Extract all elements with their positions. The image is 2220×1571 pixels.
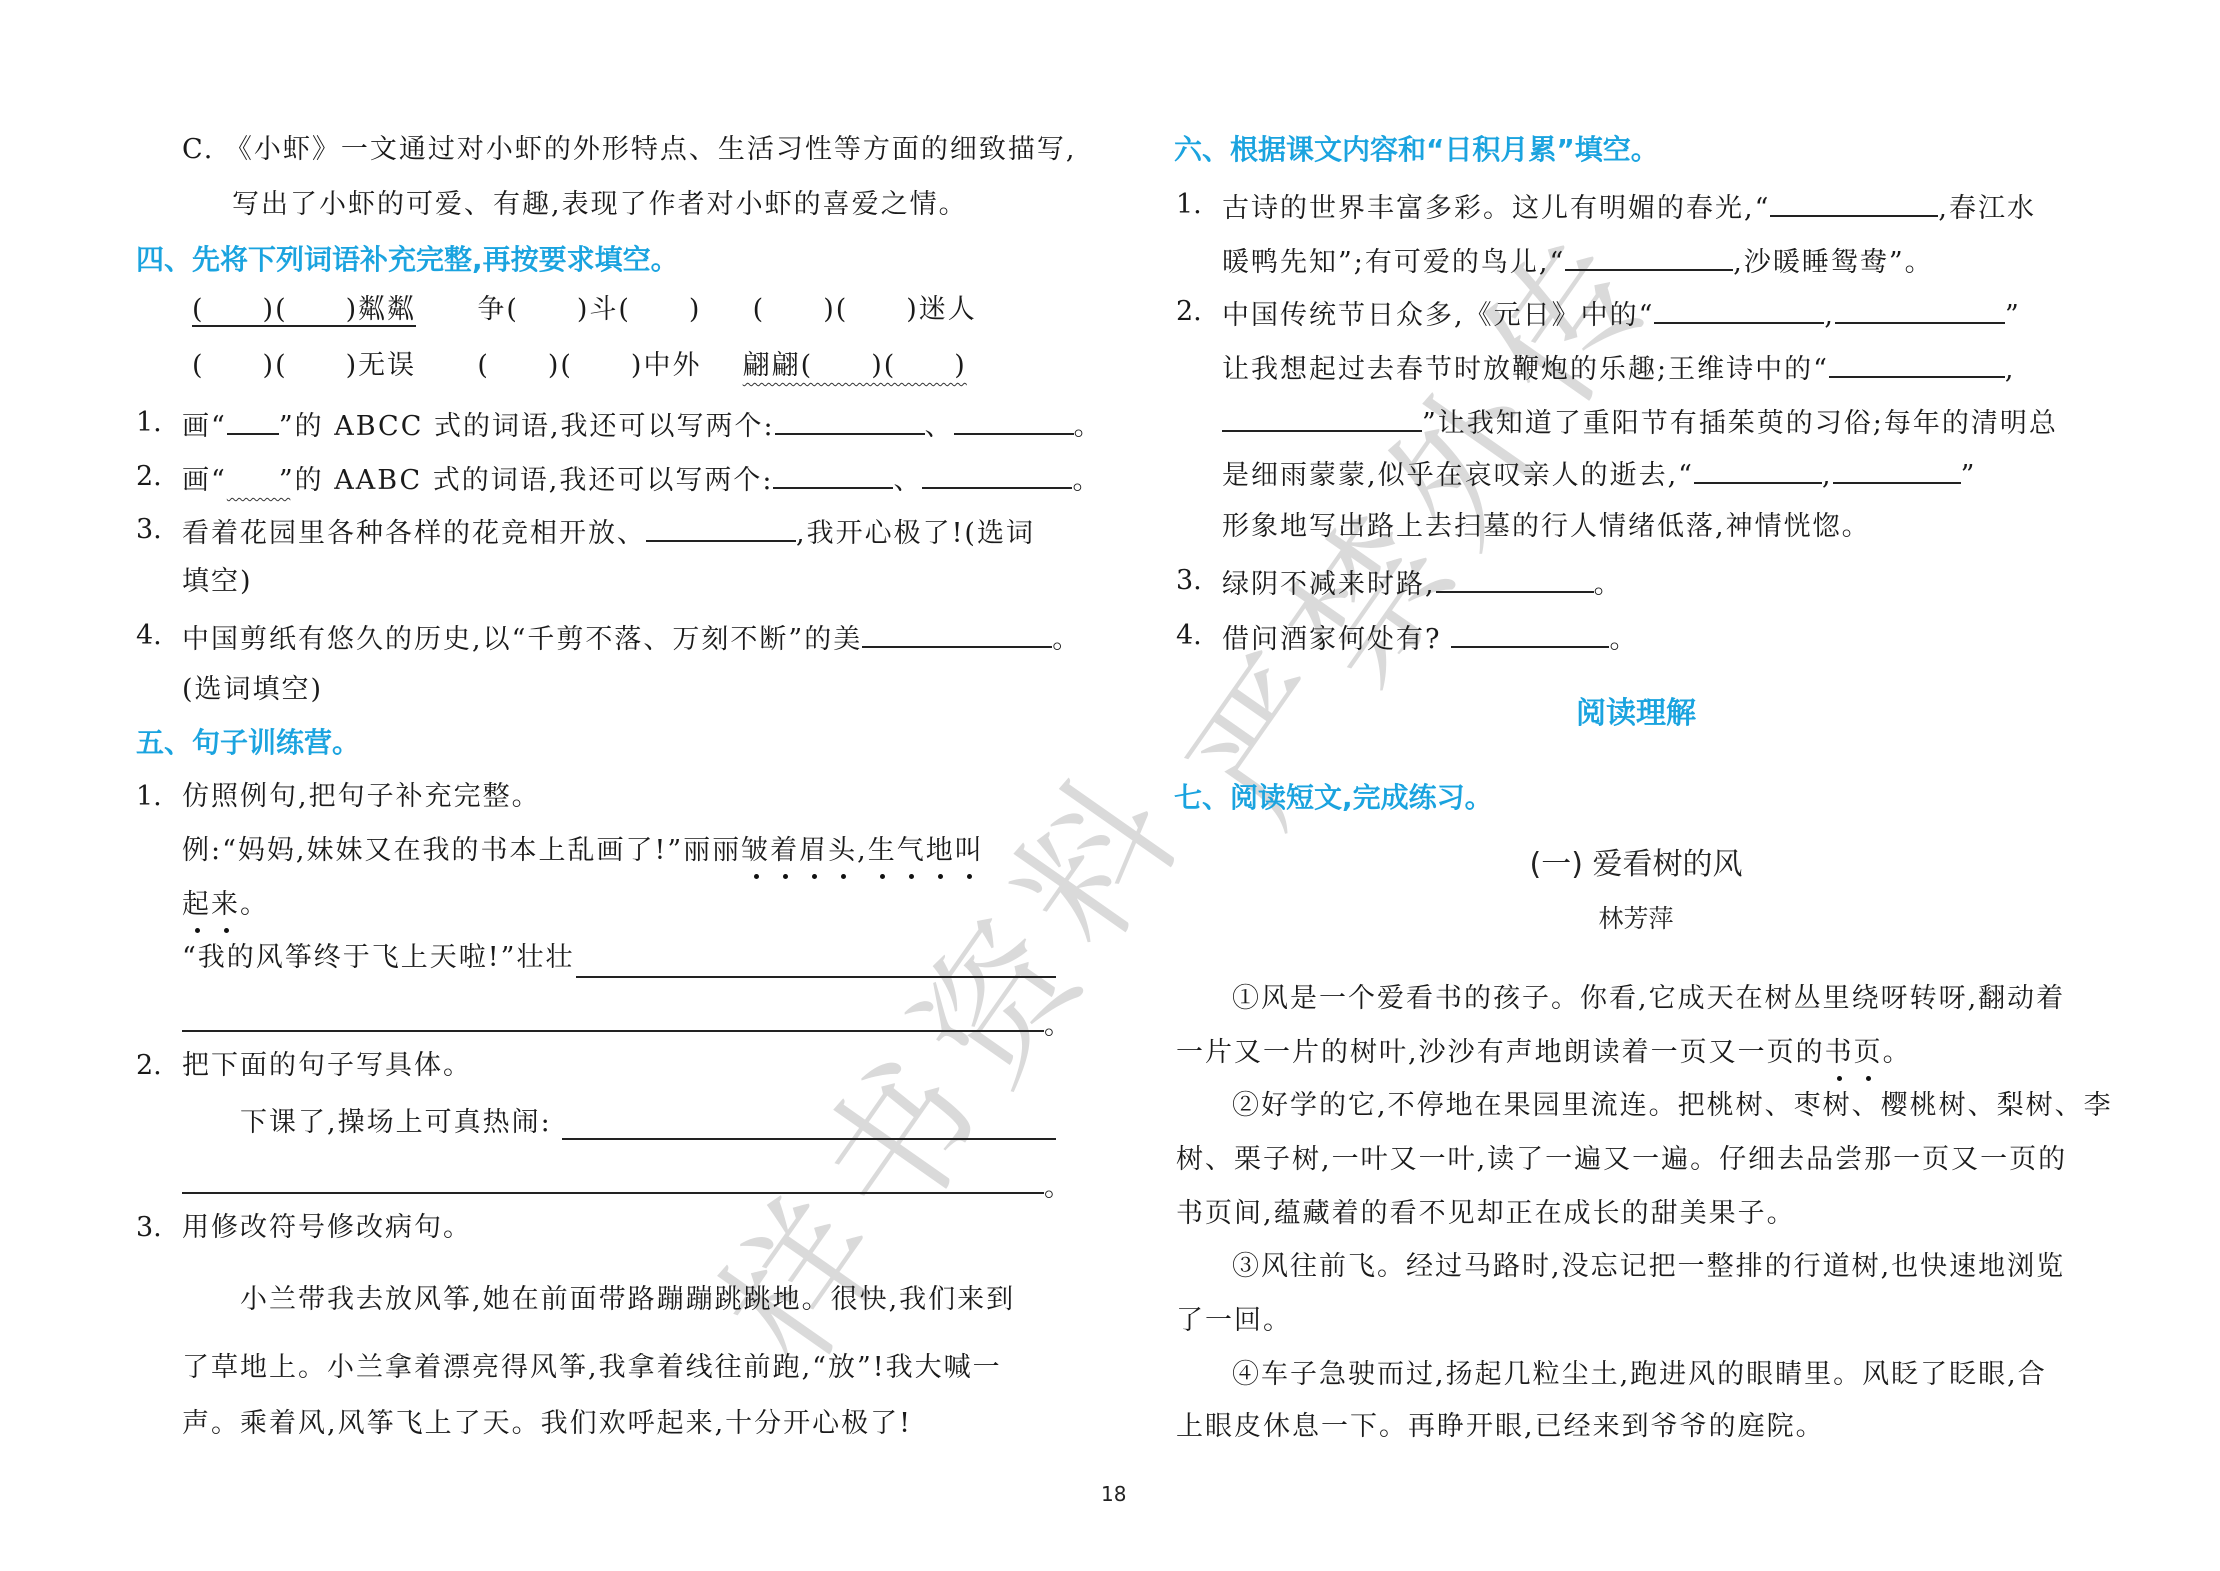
q-text: 。: [240, 889, 269, 920]
q-text: 中国传统节日众多,《元日》中的“: [1222, 300, 1654, 331]
emphasis-char: 头: [828, 833, 857, 869]
q-text: 。: [1072, 465, 1101, 496]
s6-q4-number: 4.: [1176, 618, 1202, 654]
q-text: 古诗的世界丰富多彩。这儿有明媚的春光,“: [1222, 193, 1770, 224]
answer-blank[interactable]: [1770, 187, 1938, 217]
q-text: ,: [2005, 354, 2016, 385]
answer-line[interactable]: [562, 1138, 1056, 1140]
s6-q2-line1: 中国传统节日众多,《元日》中的“,”: [1222, 294, 2021, 334]
emphasis-char: 眉: [799, 833, 828, 869]
s6-q4: 借问酒家何处有?。: [1222, 618, 1638, 658]
paragraph-3-line1: ③风往前飞。经过马路时,没忘记把一整排的行道树,也快速地浏览: [1232, 1249, 2065, 1285]
q-text: 一片又一片的树叶,沙沙有声地朗读着一页又一页的: [1176, 1037, 1825, 1068]
s5-q1-number: 1.: [136, 779, 162, 815]
line-end-period: 。: [1044, 1008, 1073, 1044]
s5-q1-prompt: 仿照例句,把句子补充完整。: [182, 779, 541, 815]
s4-q3: 看着花园里各种各样的花竞相开放、,我开心极了!(选词: [182, 512, 1035, 552]
dotted-phrase: 生气地叫: [868, 835, 984, 866]
dotted-phrase: 皱着眉头: [741, 835, 857, 866]
q-text: 让我想起过去春节时放鞭炮的乐趣;王维诗中的“: [1222, 354, 1829, 385]
answer-blank[interactable]: [862, 618, 1052, 648]
q-text: 绿阴不减来时路,: [1222, 569, 1436, 600]
answer-blank[interactable]: [1829, 348, 2005, 378]
s4-q4: 中国剪纸有悠久的历史,以“千剪不落、万刻不断”的美。: [182, 618, 1081, 658]
answer-blank[interactable]: [1222, 402, 1422, 432]
q-text: ”的 ABCC 式的词语,我还可以写两个:: [279, 411, 775, 442]
paragraph-1-line2: 一片又一片的树叶,沙沙有声地朗读着一页又一页的书页。: [1176, 1035, 1912, 1071]
section5-heading: 五、句子训练营。: [136, 725, 360, 761]
s4-q4-cont: (选词填空): [182, 672, 323, 708]
emphasis-char: 着: [770, 833, 799, 869]
word-item: ( )( )迷人: [753, 294, 977, 325]
q-text: 、: [893, 465, 922, 496]
s5-q2-prompt: 把下面的句子写具体。: [182, 1048, 472, 1084]
q-text: 。: [1052, 624, 1081, 655]
word-item: ( )( )中外: [477, 350, 701, 381]
s5-q1-task: “我的风筝终于飞上天啦!”壮壮: [182, 940, 574, 976]
q-text: ,: [857, 835, 868, 866]
q-text: 看着花园里各种各样的花竞相开放、: [182, 518, 646, 549]
q-text: 。: [1609, 624, 1638, 655]
s5-q3-para-line3: 声。乘着风,风筝飞上了天。我们欢呼起来,十分开心极了!: [182, 1406, 912, 1442]
dotted-phrase: 书页: [1825, 1037, 1883, 1068]
q-text: 暖鸭先知”;有可爱的鸟儿,“: [1222, 247, 1565, 278]
article-title: (一) 爱看树的风: [1176, 845, 2096, 885]
article-author: 林芳萍: [1176, 902, 2096, 936]
answer-blank[interactable]: [773, 459, 893, 489]
answer-blank[interactable]: [1694, 454, 1822, 484]
s4-q2-number: 2.: [136, 459, 162, 495]
s6-q3-number: 3.: [1176, 563, 1202, 599]
s6-q2-line3: ”让我知道了重阳节有插茱萸的习俗;每年的清明总: [1222, 402, 2058, 442]
page-number: 18: [1101, 1482, 1126, 1506]
emphasis-char: 起: [182, 887, 211, 923]
answer-line[interactable]: [182, 1030, 1044, 1032]
option-c-line1: C. 《小虾》一文通过对小虾的外形特点、生活习性等方面的细致描写,: [182, 132, 1076, 168]
q-text: ”的 AABC 式的词语,我还可以写两个:: [279, 465, 774, 496]
paragraph-3-line2: 了一回。: [1176, 1303, 1292, 1339]
s5-q2-task: 下课了,操场上可真热闹:: [240, 1105, 552, 1141]
answer-line[interactable]: [576, 976, 1056, 978]
s4-q1-number: 1.: [136, 405, 162, 441]
emphasis-char: 叫: [955, 833, 984, 869]
paragraph-2-line3: 书页间,蕴藏着的看不见却正在成长的甜美果子。: [1176, 1196, 1796, 1232]
answer-blank[interactable]: [646, 512, 796, 542]
emphasis-char: 气: [897, 833, 926, 869]
s5-q3-para-line2: 了草地上。小兰拿着漂亮得风筝,我拿着线往前跑,“放”!我大喊一: [182, 1350, 1002, 1386]
s5-q1-example: 例:“妈妈,妹妹又在我的书本上乱画了!”丽丽皱着眉头,生气地叫: [182, 833, 984, 869]
q-text: ”让我知道了重阳节有插茱萸的习俗;每年的清明总: [1422, 408, 2058, 439]
q-text: 。: [1594, 569, 1623, 600]
s4-q3-number: 3.: [136, 512, 162, 548]
word-item: ( )( )无误: [192, 350, 416, 381]
emphasis-char: 书: [1825, 1035, 1854, 1071]
paragraph-2-line2: 树、栗子树,一叶又一叶,读了一遍又一遍。仔细去品尝那一页又一页的: [1176, 1142, 2067, 1178]
answer-blank[interactable]: [1833, 454, 1961, 484]
answer-blank[interactable]: [1654, 294, 1824, 324]
mark-sample-straight: [227, 405, 279, 435]
q-text: ,: [1824, 300, 1835, 331]
s6-q2-line4: 是细雨蒙蒙,似乎在哀叹亲人的逝去,“,”: [1222, 454, 1976, 494]
q-text: 。: [1074, 411, 1103, 442]
section7-heading: 七、阅读短文,完成练习。: [1174, 780, 1493, 816]
word-row-2: ( )( )无误 ( )( )中外 翩翩( )( ): [192, 348, 967, 384]
answer-blank[interactable]: [922, 459, 1072, 489]
section6-heading: 六、根据课文内容和“日积月累”填空。: [1174, 132, 1659, 168]
s6-q3: 绿阴不减来时路,。: [1222, 563, 1623, 603]
paragraph-4-line2: 上眼皮休息一下。再睁开眼,已经来到爷爷的庭院。: [1176, 1409, 1825, 1445]
q-text: 中国剪纸有悠久的历史,以“千剪不落、万刻不断”的美: [182, 624, 862, 655]
s5-q3-number: 3.: [136, 1210, 162, 1246]
answer-blank[interactable]: [1565, 241, 1733, 271]
s6-q2-line2: 让我想起过去春节时放鞭炮的乐趣;王维诗中的“,: [1222, 348, 2016, 388]
s4-q4-number: 4.: [136, 618, 162, 654]
section4-heading: 四、先将下列词语补充完整,再按要求填空。: [136, 242, 679, 278]
paragraph-1-line1: ①风是一个爱看书的孩子。你看,它成天在树丛里绕呀转呀,翻动着: [1232, 981, 2065, 1017]
paragraph-2-line1: ②好学的它,不停地在果园里流连。把桃树、枣树、樱桃树、梨树、李: [1232, 1088, 2113, 1124]
answer-blank[interactable]: [775, 405, 925, 435]
s4-q1: 画“”的 ABCC 式的词语,我还可以写两个:、。: [182, 405, 1103, 445]
q-text: 画“: [182, 465, 227, 496]
dotted-phrase: 起来: [182, 889, 240, 920]
s4-q2: 画“​ ”的 AABC 式的词语,我还可以写两个:、。: [182, 459, 1101, 499]
emphasis-char: 皱: [741, 833, 770, 869]
q-text: 、: [925, 411, 954, 442]
s6-q1-line2: 暖鸭先知”;有可爱的鸟儿,“,沙暖睡鸳鸯”。: [1222, 241, 1934, 281]
answer-blank[interactable]: [1835, 294, 2005, 324]
q-text: 借问酒家何处有?: [1222, 624, 1441, 655]
s6-q2-line5: 形象地写出路上去扫墓的行人情绪低落,神情恍惚。: [1222, 509, 1871, 545]
option-c-line2: 写出了小虾的可爱、有趣,表现了作者对小虾的喜爱之情。: [232, 187, 968, 223]
emphasis-char: 生: [868, 833, 897, 869]
q-text: ”: [1961, 460, 1977, 491]
s4-q3-cont: 填空): [182, 564, 253, 600]
s6-q1-number: 1.: [1176, 187, 1202, 223]
s5-q3-prompt: 用修改符号修改病句。: [182, 1210, 472, 1246]
reading-section-heading: 阅读理解: [1176, 694, 2096, 734]
q-text: ,春江水: [1938, 193, 2036, 224]
q-text: 画“: [182, 411, 227, 442]
s5-q3-para-line1: 小兰带我去放风筝,她在前面带路蹦蹦跳跳地。很快,我们来到: [240, 1282, 1015, 1318]
q-text: ,沙暖睡鸳鸯”。: [1733, 247, 1933, 278]
emphasis-char: 来: [211, 887, 240, 923]
q-text: ,: [1822, 460, 1833, 491]
q-text: 是细雨蒙蒙,似乎在哀叹亲人的逝去,“: [1222, 460, 1694, 491]
answer-blank[interactable]: [1436, 563, 1594, 593]
q-text: ”: [2005, 300, 2021, 331]
answer-blank[interactable]: [1451, 618, 1609, 648]
paragraph-4-line1: ④车子急驶而过,扬起几粒尘土,跑进风的眼睛里。风眨了眨眼,合: [1232, 1357, 2047, 1393]
q-text: 例:“妈妈,妹妹又在我的书本上乱画了!”丽丽: [182, 835, 741, 866]
emphasis-char: 页: [1854, 1035, 1883, 1071]
word-row-1: ( )( )粼粼 争( )斗( ) ( )( )迷人: [192, 292, 977, 328]
answer-line[interactable]: [182, 1192, 1044, 1194]
q-text: ,我开心极了!(选词: [796, 518, 1035, 549]
mark-sample-wavy: ​: [227, 463, 279, 499]
word-item: 争( )斗( ): [477, 294, 701, 325]
word-item: 翩翩( )( ): [743, 350, 967, 381]
s6-q2-number: 2.: [1176, 294, 1202, 330]
s5-q1-example-cont: 起来。: [182, 887, 269, 923]
s5-q2-number: 2.: [136, 1048, 162, 1084]
word-item: ( )( )粼粼: [192, 294, 416, 327]
emphasis-char: 地: [926, 833, 955, 869]
answer-blank[interactable]: [954, 405, 1074, 435]
q-text: 。: [1883, 1037, 1912, 1068]
line-end-period: 。: [1044, 1170, 1073, 1206]
s6-q1-line1: 古诗的世界丰富多彩。这儿有明媚的春光,“,春江水: [1222, 187, 2036, 227]
